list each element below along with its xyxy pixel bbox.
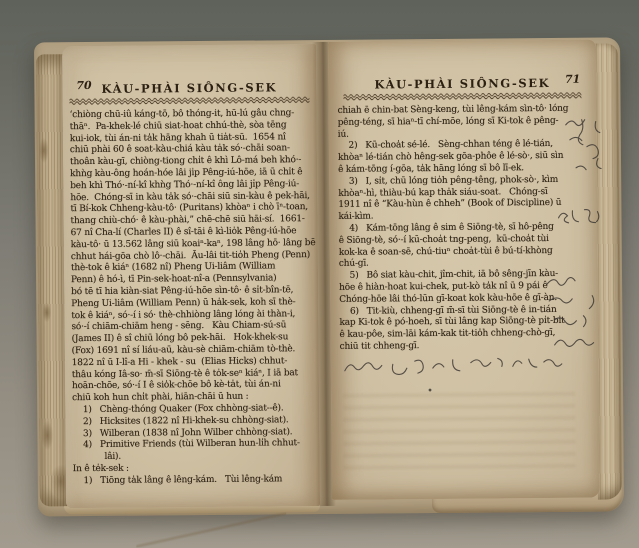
page-title: KÀU-PHÀI SIÔNG-SEK xyxy=(101,80,277,96)
right-page: KÀU-PHÀI SIÔNG-SEK 71 chiah ē chin-bat S… xyxy=(328,40,600,500)
photo-background: 70 KÀU-PHÀI SIÔNG-SEK ‘chiòng chū-iû kán… xyxy=(0,0,639,548)
page-crease xyxy=(136,512,286,547)
right-page-text: chiah ē chin-bat Sèng-keng, tùi lêng-kám… xyxy=(328,99,598,354)
text-line: pêng-téng, sī hiaⁿ-tī chí-mōe, lóng sī K… xyxy=(338,115,593,129)
text-line: 5) Bô siat kàu-chit, jîm-chit, iā bô sên… xyxy=(339,269,594,283)
page-number: 71 xyxy=(565,73,580,86)
page-title: KÀU-PHÀI SIÔNG-SEK xyxy=(374,76,550,92)
left-page-header: 70 KÀU-PHÀI SIÔNG-SEK xyxy=(62,76,316,94)
text-line: 4) Primitive Friends (tùi Wilberan hun-l… xyxy=(72,438,315,452)
text-line: 1) Tiōng ta̍k lâng ê lêng-kám. Tùi lêng-… xyxy=(73,474,316,488)
edge-wear-spot xyxy=(41,420,53,450)
ghost-text-bleed xyxy=(343,392,576,474)
text-line: 1911 nî ê “Kàu-hùn ê chheh” (Book of Dis… xyxy=(338,198,593,212)
edge-wear-spot xyxy=(42,302,51,322)
page-number: 70 xyxy=(76,79,91,92)
text-line: chiū tit chheng-gī. xyxy=(340,340,595,354)
left-page: 70 KÀU-PHÀI SIÔNG-SEK ‘chiòng chū-iû kán… xyxy=(62,44,320,508)
left-page-text: ‘chiòng chū-iû káng-tō, bô thóng-it, hū-… xyxy=(63,103,320,488)
right-page-header: KÀU-PHÀI SIÔNG-SEK 71 xyxy=(328,72,596,90)
text-line: 3) I, si̍t, chū lóng tio̍h pêng-têng, ph… xyxy=(338,174,593,188)
edge-wear-spot xyxy=(39,137,49,163)
book: 70 KÀU-PHÀI SIÔNG-SEK ‘chiòng chū-iû kán… xyxy=(0,0,639,548)
